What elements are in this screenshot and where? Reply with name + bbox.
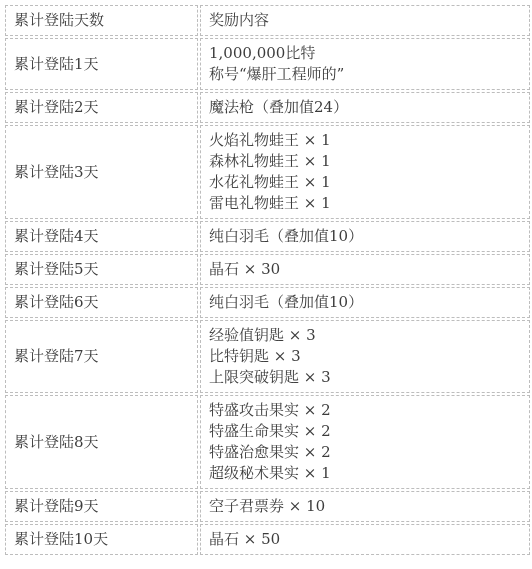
reward-line: 晶石 × 50 — [209, 529, 521, 550]
reward-line: 森林礼物蛙王 × 1 — [209, 151, 521, 172]
cell-rewards: 空子君票券 × 10 — [200, 491, 530, 522]
cell-days: 累计登陆1天 — [5, 38, 198, 90]
cell-rewards: 经验值钥匙 × 3比特钥匙 × 3上限突破钥匙 × 3 — [200, 320, 530, 393]
table-row: 累计登陆7天经验值钥匙 × 3比特钥匙 × 3上限突破钥匙 × 3 — [5, 320, 530, 393]
cell-days: 累计登陆2天 — [5, 92, 198, 123]
cell-rewards: 1,000,000比特称号“爆肝工程师的” — [200, 38, 530, 90]
table-body: 累计登陆1天1,000,000比特称号“爆肝工程师的”累计登陆2天魔法枪（叠加值… — [5, 38, 530, 555]
cell-rewards: 火焰礼物蛙王 × 1森林礼物蛙王 × 1水花礼物蛙王 × 1雷电礼物蛙王 × 1 — [200, 125, 530, 219]
cell-days: 累计登陆3天 — [5, 125, 198, 219]
reward-line: 比特钥匙 × 3 — [209, 346, 521, 367]
cell-days: 累计登陆4天 — [5, 221, 198, 252]
reward-line: 超级秘术果实 × 1 — [209, 463, 521, 484]
page: 累计登陆天数奖励内容 累计登陆1天1,000,000比特称号“爆肝工程师的”累计… — [0, 0, 532, 569]
table-row: 累计登陆6天纯白羽毛（叠加值10） — [5, 287, 530, 318]
reward-line: 上限突破钥匙 × 3 — [209, 367, 521, 388]
reward-line: 火焰礼物蛙王 × 1 — [209, 130, 521, 151]
cell-days: 累计登陆10天 — [5, 524, 198, 555]
cell-rewards: 纯白羽毛（叠加值10） — [200, 221, 530, 252]
cell-days: 累计登陆9天 — [5, 491, 198, 522]
reward-line: 纯白羽毛（叠加值10） — [209, 226, 521, 247]
cell-days: 累计登陆6天 — [5, 287, 198, 318]
table-row: 累计登陆1天1,000,000比特称号“爆肝工程师的” — [5, 38, 530, 90]
cell-rewards: 魔法枪（叠加值24） — [200, 92, 530, 123]
column-header-days: 累计登陆天数 — [5, 5, 198, 36]
reward-line: 魔法枪（叠加值24） — [209, 97, 521, 118]
reward-line: 特盛治愈果实 × 2 — [209, 442, 521, 463]
reward-line: 称号“爆肝工程师的” — [209, 64, 521, 85]
reward-line: 水花礼物蛙王 × 1 — [209, 172, 521, 193]
reward-line: 纯白羽毛（叠加值10） — [209, 292, 521, 313]
reward-line: 晶石 × 30 — [209, 259, 521, 280]
reward-line: 特盛攻击果实 × 2 — [209, 400, 521, 421]
cell-rewards: 晶石 × 50 — [200, 524, 530, 555]
table-row: 累计登陆2天魔法枪（叠加值24） — [5, 92, 530, 123]
reward-line: 1,000,000比特 — [209, 43, 521, 64]
table-row: 累计登陆8天特盛攻击果实 × 2特盛生命果实 × 2特盛治愈果实 × 2超级秘术… — [5, 395, 530, 489]
table-row: 累计登陆5天晶石 × 30 — [5, 254, 530, 285]
cell-rewards: 纯白羽毛（叠加值10） — [200, 287, 530, 318]
table-row: 累计登陆9天空子君票券 × 10 — [5, 491, 530, 522]
cell-rewards: 晶石 × 30 — [200, 254, 530, 285]
cell-days: 累计登陆5天 — [5, 254, 198, 285]
reward-line: 特盛生命果实 × 2 — [209, 421, 521, 442]
column-header-rewards: 奖励内容 — [200, 5, 530, 36]
header-row: 累计登陆天数奖励内容 — [5, 5, 530, 36]
table-row: 累计登陆4天纯白羽毛（叠加值10） — [5, 221, 530, 252]
table-row: 累计登陆3天火焰礼物蛙王 × 1森林礼物蛙王 × 1水花礼物蛙王 × 1雷电礼物… — [5, 125, 530, 219]
login-rewards-table: 累计登陆天数奖励内容 累计登陆1天1,000,000比特称号“爆肝工程师的”累计… — [3, 3, 532, 557]
cell-days: 累计登陆7天 — [5, 320, 198, 393]
reward-line: 经验值钥匙 × 3 — [209, 325, 521, 346]
cell-rewards: 特盛攻击果实 × 2特盛生命果实 × 2特盛治愈果实 × 2超级秘术果实 × 1 — [200, 395, 530, 489]
cell-days: 累计登陆8天 — [5, 395, 198, 489]
reward-line: 空子君票券 × 10 — [209, 496, 521, 517]
table-row: 累计登陆10天晶石 × 50 — [5, 524, 530, 555]
reward-line: 雷电礼物蛙王 × 1 — [209, 193, 521, 214]
